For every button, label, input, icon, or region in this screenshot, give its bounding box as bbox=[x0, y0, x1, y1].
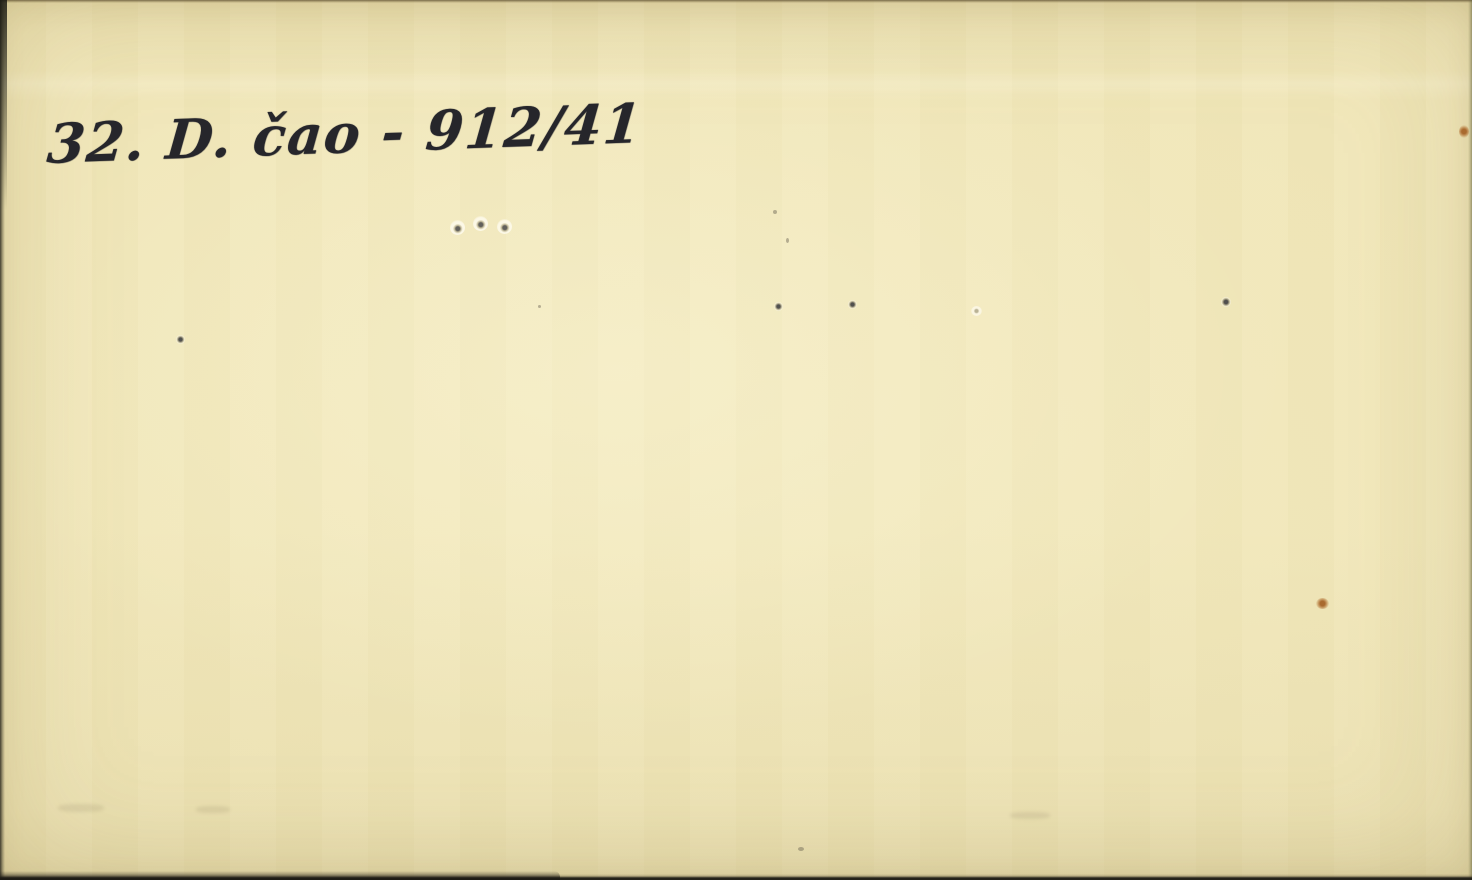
pin-hole-dark bbox=[176, 335, 185, 344]
pin-hole-dark bbox=[848, 300, 857, 309]
smudge bbox=[196, 806, 230, 813]
smudge bbox=[1010, 812, 1050, 819]
punch-hole bbox=[450, 220, 465, 235]
card-edge-top bbox=[0, 0, 1472, 3]
card-edge-right bbox=[1468, 0, 1472, 880]
card-edge-left bbox=[0, 0, 5, 880]
pin-hole-faint bbox=[971, 306, 982, 316]
rust-spot bbox=[1316, 598, 1329, 609]
speck bbox=[798, 847, 804, 851]
pin-hole-dark bbox=[774, 302, 783, 311]
handwritten-entry: 32. D. čao - 912/41 bbox=[44, 86, 571, 185]
punch-hole bbox=[497, 219, 512, 234]
card-edge-bottom bbox=[0, 874, 1472, 880]
punch-hole bbox=[473, 216, 488, 231]
smudge bbox=[58, 804, 104, 812]
speck bbox=[538, 305, 541, 308]
speck bbox=[786, 238, 789, 243]
speck bbox=[773, 210, 777, 214]
scanned-card: 32. D. čao - 912/41 bbox=[0, 0, 1472, 880]
pin-hole-dark bbox=[1221, 297, 1231, 307]
